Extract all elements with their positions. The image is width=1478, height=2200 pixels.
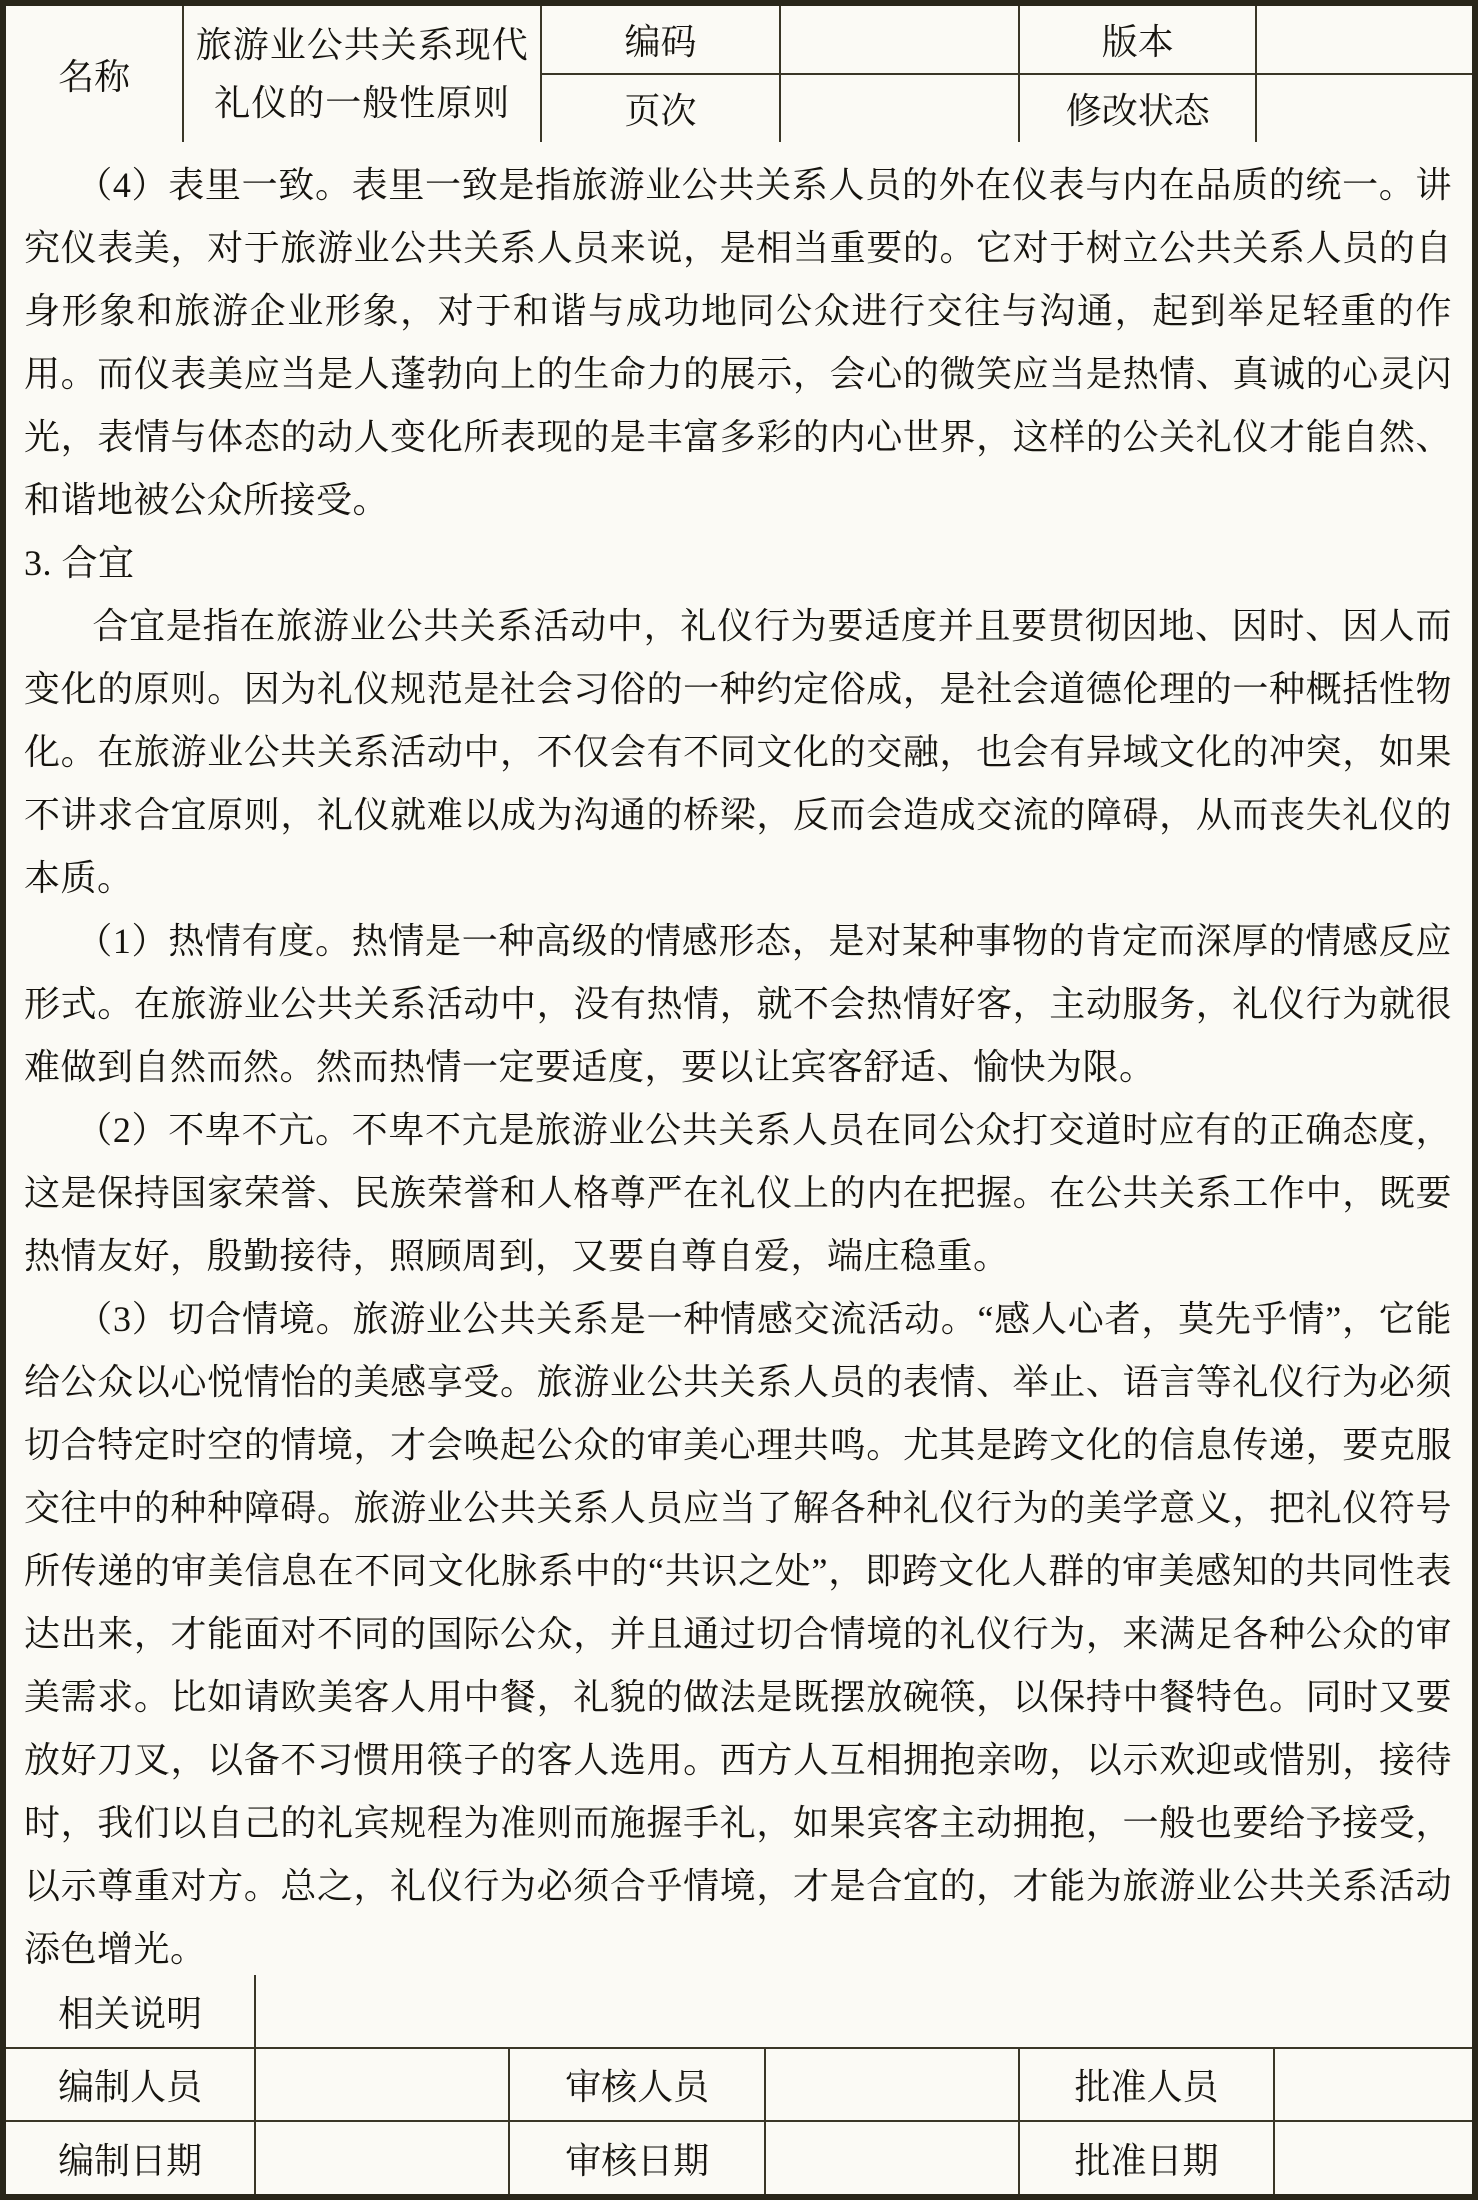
prepared-date-value-cell bbox=[255, 2121, 509, 2194]
document-body: （4）表里一致。表里一致是指旅游业公共关系人员的外在仪表与内在品质的统一。讲究仪… bbox=[6, 142, 1472, 1975]
section-heading-suitability: 3. 合宜 bbox=[24, 532, 1452, 595]
related-notes-label: 相关说明 bbox=[6, 1975, 255, 2048]
approval-date-value-cell bbox=[1274, 2121, 1472, 2194]
approved-by-value-cell bbox=[1274, 2048, 1472, 2121]
paragraph-neither-humble-nor-arrogant: （2）不卑不亢。不卑不亢是旅游业公共关系人员在同公众打交道时应有的正确态度，这是… bbox=[24, 1099, 1452, 1288]
name-label: 名称 bbox=[6, 6, 183, 142]
version-label: 版本 bbox=[1019, 6, 1256, 74]
paragraph-fit-the-situation: （3）切合情境。旅游业公共关系是一种情感交流活动。“感人心者，莫先乎情”，它能给… bbox=[24, 1288, 1452, 1975]
document-title-line2: 礼仪的一般性原则 bbox=[184, 74, 540, 132]
header-table: 名称 旅游业公共关系现代 礼仪的一般性原则 编码 版本 页次 修改状态 bbox=[6, 6, 1472, 142]
revision-status-label: 修改状态 bbox=[1019, 74, 1256, 142]
approved-by-label: 批准人员 bbox=[1019, 2048, 1274, 2121]
prepared-date-label: 编制日期 bbox=[6, 2121, 255, 2194]
version-value-cell bbox=[1256, 6, 1472, 74]
document-page: 名称 旅游业公共关系现代 礼仪的一般性原则 编码 版本 页次 修改状态 （4）表… bbox=[0, 0, 1478, 2200]
code-value-cell bbox=[780, 6, 1019, 74]
code-label: 编码 bbox=[541, 6, 780, 74]
reviewed-by-label: 审核人员 bbox=[509, 2048, 766, 2121]
page-number-label: 页次 bbox=[541, 74, 780, 142]
paragraph-consistency: （4）表里一致。表里一致是指旅游业公共关系人员的外在仪表与内在品质的统一。讲究仪… bbox=[24, 154, 1452, 532]
document-title: 旅游业公共关系现代 礼仪的一般性原则 bbox=[183, 6, 541, 142]
revision-status-value-cell bbox=[1256, 74, 1472, 142]
prepared-by-value-cell bbox=[255, 2048, 509, 2121]
paragraph-warmth-moderation: （1）热情有度。热情是一种高级的情感形态，是对某种事物的肯定而深厚的情感反应形式… bbox=[24, 910, 1452, 1099]
review-date-label: 审核日期 bbox=[509, 2121, 766, 2194]
page-number-value-cell bbox=[780, 74, 1019, 142]
paragraph-suitability-intro: 合宜是指在旅游业公共关系活动中，礼仪行为要适度并且要贯彻因地、因时、因人而变化的… bbox=[24, 595, 1452, 910]
related-notes-value-cell bbox=[255, 1975, 1472, 2048]
review-date-value-cell bbox=[765, 2121, 1019, 2194]
document-title-line1: 旅游业公共关系现代 bbox=[184, 16, 540, 74]
footer-table: 相关说明 编制人员 审核人员 批准人员 编制日期 审核日期 批准日期 bbox=[6, 1975, 1472, 2194]
reviewed-by-value-cell bbox=[765, 2048, 1019, 2121]
approval-date-label: 批准日期 bbox=[1019, 2121, 1274, 2194]
prepared-by-label: 编制人员 bbox=[6, 2048, 255, 2121]
